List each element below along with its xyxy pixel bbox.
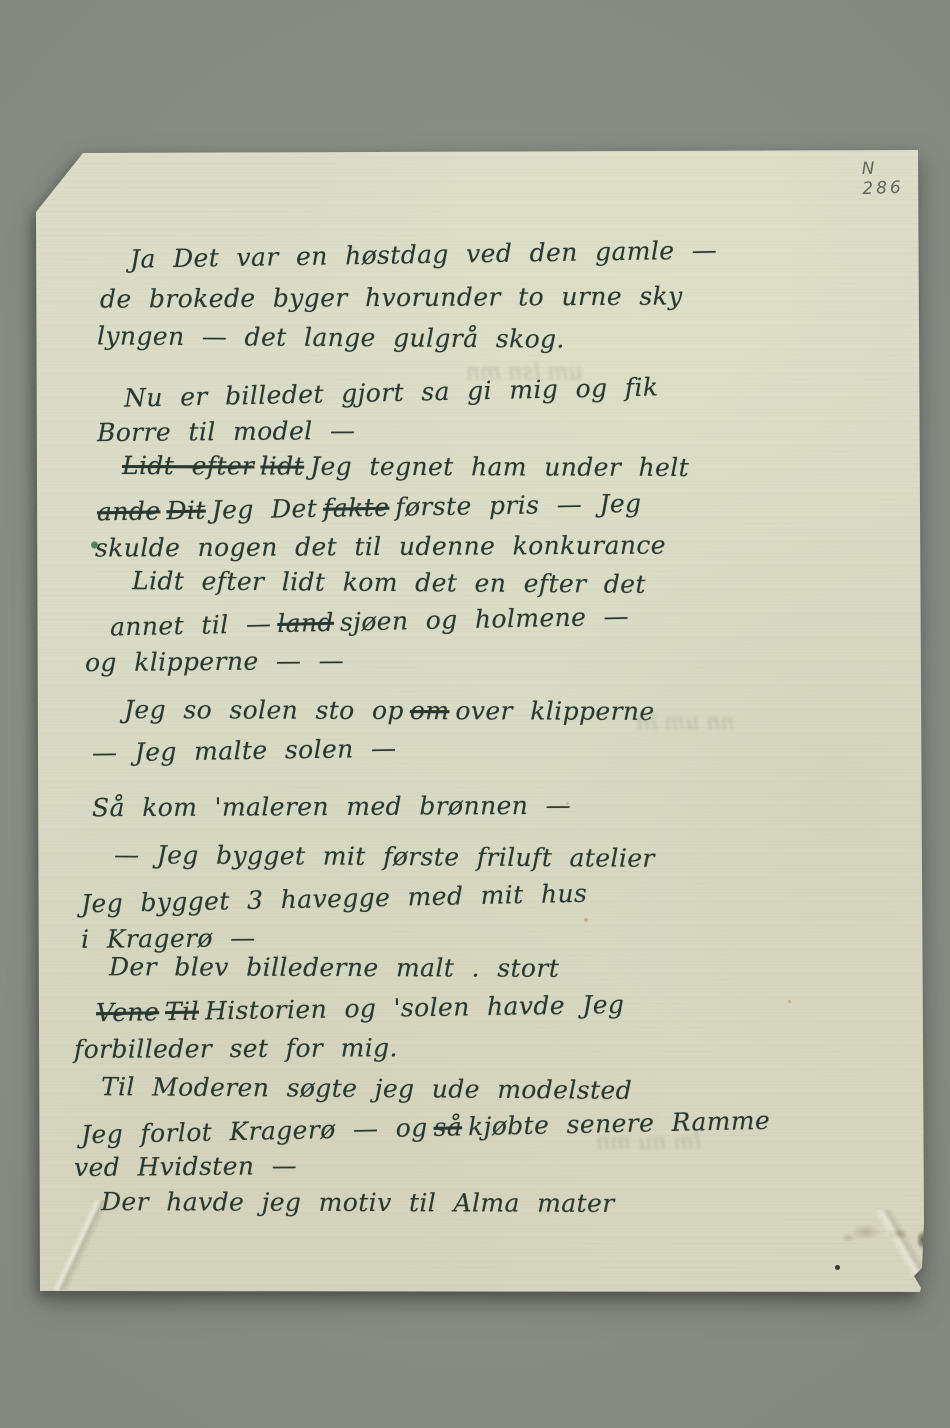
handwritten-words: i Kragerø — xyxy=(81,923,256,954)
manuscript-line: Til Moderen søgte jeg ude modelsted xyxy=(101,1072,638,1105)
manuscript-line: Borre til model — xyxy=(97,416,362,447)
handwritten-words: Til Moderen søgte jeg ude modelsted xyxy=(101,1072,632,1105)
handwritten-words: ved Hvidsten — xyxy=(74,1151,297,1182)
handwritten-words: skulde nogen det til udenne konkurance xyxy=(95,531,666,563)
struck-out-words: land xyxy=(277,608,334,638)
manuscript-line: og klipperne — — xyxy=(85,646,350,677)
verso-show-through: nn um ln xyxy=(636,710,735,735)
struck-out-words: Dit xyxy=(166,496,206,526)
manuscript-line: de brokede byger hvorunder to urne sky xyxy=(100,281,689,313)
handwritten-words: Der havde jeg motiv til Alma mater xyxy=(101,1187,615,1218)
manuscript-line: i Kragerø — xyxy=(81,923,262,954)
paper-crease xyxy=(44,1200,114,1290)
photo-background: N 286 Ja Det var en høstdag ved den gaml… xyxy=(0,0,950,1428)
manuscript-line: annet til —landsjøen og holmene — xyxy=(110,602,636,642)
manuscript-line: ved Hvidsten — xyxy=(74,1151,303,1182)
handwritten-words: sjøen og holmene — xyxy=(340,602,630,637)
struck-out-words: så xyxy=(433,1112,462,1142)
small-ink-dot xyxy=(835,1265,840,1270)
manuscript-paper: N 286 Ja Det var en høstdag ved den gaml… xyxy=(36,150,926,1292)
handwritten-words: Historien og 'solen havde Jeg xyxy=(205,990,625,1026)
handwritten-words: Jeg so solen sto op xyxy=(124,695,404,725)
handwritten-words: annet til — xyxy=(110,609,272,641)
green-margin-dot xyxy=(91,541,98,549)
manuscript-line: — Jeg bygget mit første friluft atelier xyxy=(114,840,661,873)
manuscript-line: andeDitJeg Detfakteførste pris — Jeg xyxy=(97,489,648,527)
handwritten-words: lyngen — det lange gulgrå skog. xyxy=(97,321,565,353)
manuscript-line: Lidt efterlidtJeg tegnet ham under helt xyxy=(122,451,695,482)
struck-out-words: ande xyxy=(97,496,161,526)
manuscript-line: Så kom 'maleren med brønnen — xyxy=(92,791,577,823)
handwritten-words: Ja Det var en høstdag ved den gamle — xyxy=(130,235,718,273)
handwritten-words: Jeg tegnet ham under helt xyxy=(310,452,689,482)
handwritten-words: Så kom 'maleren med brønnen — xyxy=(92,791,571,823)
struck-out-words: Til xyxy=(165,997,199,1027)
handwritten-words: første pris — Jeg xyxy=(395,489,642,522)
manuscript-line: Der blev billederne malt . stort xyxy=(109,952,565,983)
handwritten-words: — Jeg bygget mit første friluft atelier xyxy=(114,840,655,873)
handwritten-words: Jeg Det xyxy=(211,494,317,525)
paper-speck xyxy=(788,1000,791,1003)
paper-shadow-wrap: N 286 Ja Det var en høstdag ved den gaml… xyxy=(0,0,950,1428)
handwritten-words: forbilleder set for mig. xyxy=(74,1033,398,1064)
paper-speck xyxy=(584,918,588,922)
manuscript-line: lyngen — det lange gulgrå skog. xyxy=(97,321,571,353)
verso-show-through: um lsn mn xyxy=(466,360,583,385)
manuscript-line: forbilleder set for mig. xyxy=(74,1033,404,1064)
manuscript-line: Der havde jeg motiv til Alma mater xyxy=(101,1187,621,1218)
handwritten-words: Lidt efter lidt kom det en efter det xyxy=(132,566,646,599)
paper-crease xyxy=(876,1210,926,1280)
manuscript-line: Jeg bygget 3 havegge med mit hus xyxy=(81,879,594,919)
manuscript-line: VeneTilHistorien og 'solen havde Jeg xyxy=(96,990,631,1027)
archive-number-annotation: N 286 xyxy=(861,157,926,199)
handwritten-words: over klipperne xyxy=(455,696,654,726)
handwritten-words: Jeg forlot Kragerø — og xyxy=(81,1113,428,1149)
manuscript-line: Nu er billedet gjort sa gi mig og fik xyxy=(124,372,665,412)
struck-out-words: Lidt efter xyxy=(122,451,255,480)
paper-speck xyxy=(566,802,569,805)
handwritten-words: Jeg bygget 3 havegge med mit hus xyxy=(81,879,588,919)
manuscript-line: Ja Det var en høstdag ved den gamle — xyxy=(130,235,724,273)
manuscript-line: Jeg so solen sto opomover klipperne xyxy=(124,695,661,726)
manuscript-line: Lidt efter lidt kom det en efter det xyxy=(132,566,652,599)
handwritten-words: Der blev billederne malt . stort xyxy=(109,952,559,983)
handwritten-words: de brokede byger hvorunder to urne sky xyxy=(100,281,683,313)
struck-out-words: lidt xyxy=(260,451,304,480)
struck-out-words: om xyxy=(410,696,450,725)
manuscript-line: skulde nogen det til udenne konkurance xyxy=(95,530,672,562)
manuscript-line: — Jeg malte solen — xyxy=(92,734,403,768)
handwritten-words: Borre til model — xyxy=(97,416,356,447)
struck-out-words: Vene xyxy=(96,997,160,1027)
struck-out-words: fakte xyxy=(323,493,390,523)
handwritten-words: — Jeg malte solen — xyxy=(92,734,397,768)
handwritten-words: og klipperne — — xyxy=(85,646,344,677)
verso-show-through: lm nu mn xyxy=(596,1130,701,1155)
